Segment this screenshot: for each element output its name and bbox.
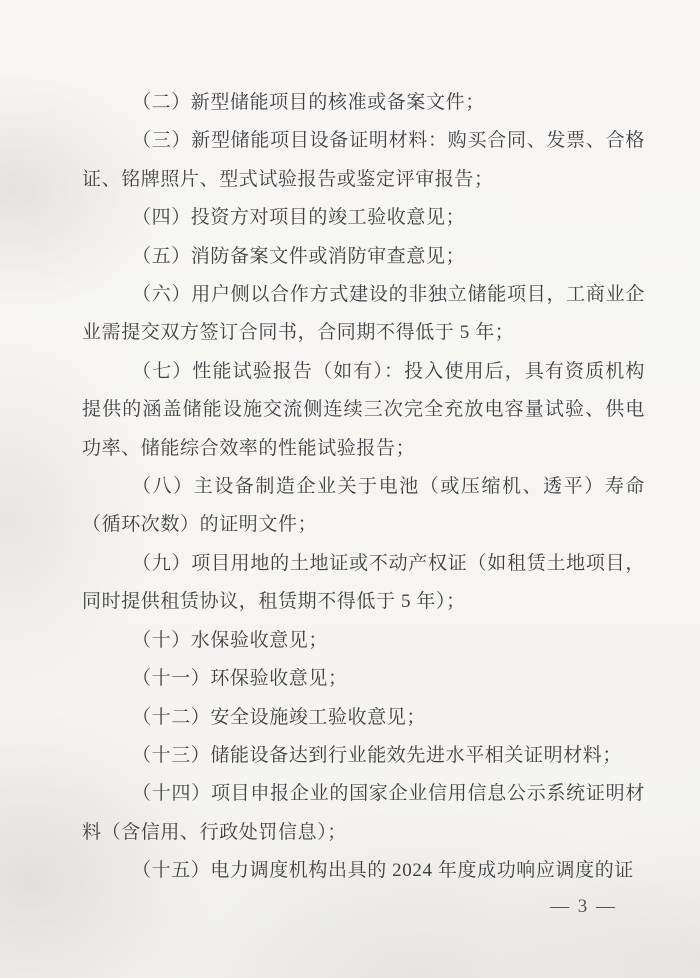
doc-paragraph: （九）项目用地的土地证或不动产权证（如租赁土地项目，同时提供租赁协议，租赁期不得…: [82, 545, 645, 622]
doc-paragraph: （五）消防备案文件或消防审查意见；: [82, 238, 645, 276]
doc-paragraph: （十五）电力调度机构出具的 2024 年度成功响应调度的证: [82, 852, 645, 890]
document-page: （二）新型储能项目的核准或备案文件； （三）新型储能项目设备证明材料：购买合同、…: [0, 0, 700, 978]
doc-paragraph: （十二）安全设施竣工验收意见；: [82, 699, 645, 737]
doc-paragraph: （二）新型储能项目的核准或备案文件；: [82, 84, 645, 122]
doc-paragraph: （十四）项目申报企业的国家企业信用信息公示系统证明材料（含信用、行政处罚信息）；: [82, 775, 645, 852]
doc-paragraph: （四）投资方对项目的竣工验收意见；: [82, 199, 645, 237]
doc-paragraph: （十三）储能设备达到行业能效先进水平相关证明材料；: [82, 737, 645, 775]
doc-paragraph: （十）水保验收意见；: [82, 622, 645, 660]
doc-paragraph: （六）用户侧以合作方式建设的非独立储能项目，工商业企业需提交双方签订合同书，合同…: [82, 276, 645, 353]
doc-paragraph: （三）新型储能项目设备证明材料：购买合同、发票、合格证、铭牌照片、型式试验报告或…: [82, 122, 645, 199]
doc-paragraph: （七）性能试验报告（如有）：投入使用后，具有资质机构提供的涵盖储能设施交流侧连续…: [82, 353, 645, 468]
doc-paragraph: （八）主设备制造企业关于电池（或压缩机、透平）寿命（循环次数）的证明文件；: [82, 468, 645, 545]
page-number: — 3 —: [82, 896, 645, 918]
doc-paragraph: （十一）环保验收意见；: [82, 660, 645, 698]
